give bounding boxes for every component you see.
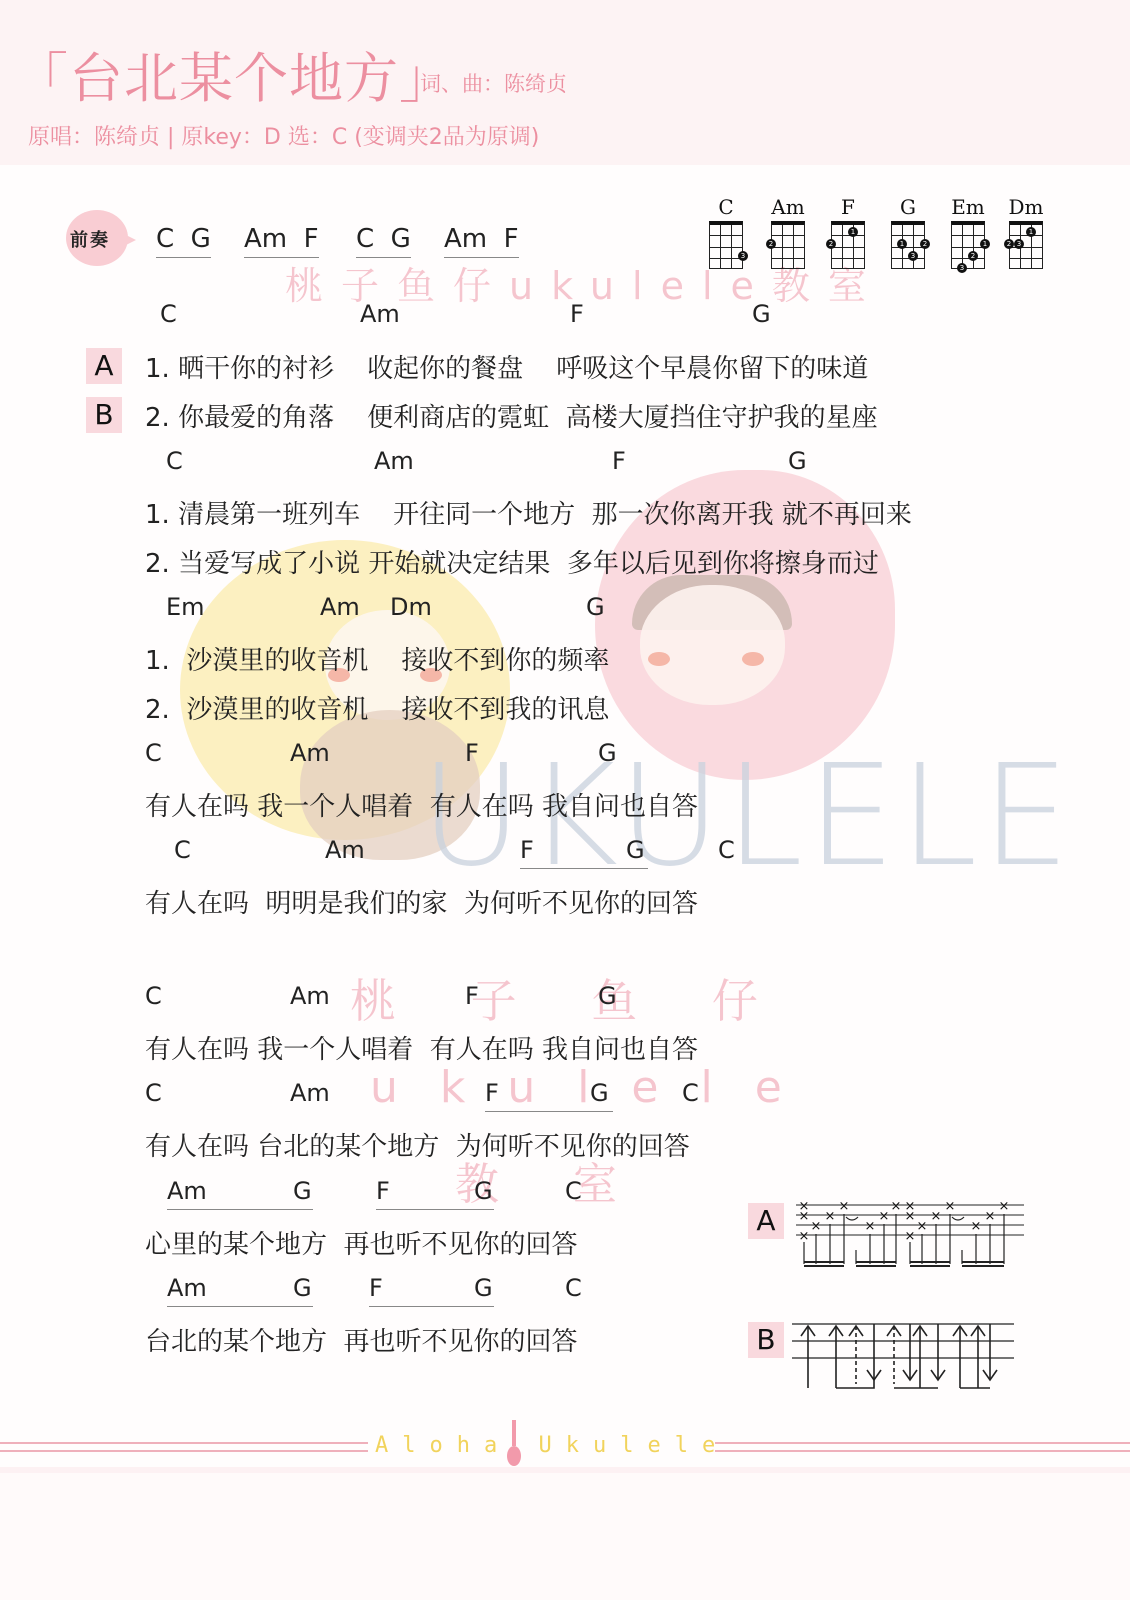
chord-underline: [520, 868, 648, 869]
chorus1-lyric-b: 有人在吗 明明是我们的家 为何听不见你的回答: [145, 883, 698, 920]
chord-diagram-g: G 123: [887, 195, 929, 269]
chord-underline: [167, 1209, 313, 1210]
chorus2-lyric-a: 有人在吗 我一个人唱着 有人在吗 我自问也自答: [145, 1029, 698, 1066]
fingerpicking-pattern-icon: ××× ××× ××× ××× ××× ×××: [796, 1196, 1026, 1276]
chord-label: F: [465, 739, 479, 767]
chord-label: Am: [360, 300, 400, 328]
verse1-chords: C Am F G: [0, 300, 1130, 330]
song-title: 「台北某个地方」: [14, 36, 454, 113]
chorus2-chords-a: C Am F G: [0, 982, 1130, 1012]
strum-tag-a: A: [748, 1203, 784, 1239]
svg-text:×: ×: [905, 1229, 916, 1244]
chorus1-chords-a: C Am F G: [0, 739, 1130, 769]
chorus1-chords-b: C Am F G C: [0, 836, 1130, 866]
chord-label: C: [174, 836, 191, 864]
chord-label: Am: [167, 1177, 207, 1205]
chord-label: F: [376, 1177, 390, 1205]
chord-diagram-em: Em 123: [947, 195, 989, 269]
footer-divider: [715, 1442, 1130, 1444]
intro-chord-group: Am F: [244, 224, 319, 258]
verse3-chords: Em Am Dm G: [0, 593, 1130, 623]
chord-label: G: [598, 739, 617, 767]
chorus2-lyric-d: 台北的某个地方 再也听不见你的回答: [145, 1321, 578, 1358]
svg-text:×: ×: [971, 1219, 982, 1234]
chord-label: Dm: [390, 593, 432, 621]
chord-label: G: [293, 1177, 312, 1205]
chord-label: G: [788, 447, 807, 475]
chord-label: Am: [374, 447, 414, 475]
chorus2-lyric-c: 心里的某个地方 再也听不见你的回答: [145, 1224, 578, 1261]
chord-diagrams: C 3 Am 2 F 12 G 123 Em 123 Dm 123: [705, 195, 1050, 280]
svg-text:×: ×: [985, 1209, 996, 1224]
strum-tag-b: B: [748, 1322, 784, 1358]
chord-label: C: [145, 982, 162, 1010]
chord-label: G: [474, 1177, 493, 1205]
song-credits: 词、曲：陈绮贞: [420, 68, 567, 98]
header: 「台北某个地方」 词、曲：陈绮贞 原唱：陈绮贞 | 原key：D 选：C (变调…: [0, 0, 1130, 165]
intro-chord-group: C G: [156, 224, 211, 258]
chord-label: Am: [167, 1274, 207, 1302]
verse2-chords: C Am F G: [0, 447, 1130, 477]
svg-text:×: ×: [799, 1209, 810, 1224]
chorus1-lyric-a: 有人在吗 我一个人唱着 有人在吗 我自问也自答: [145, 786, 698, 823]
svg-text:×: ×: [811, 1219, 822, 1234]
chord-diagram-c: C 3: [705, 195, 747, 269]
chorus2-chords-b: C Am F G C: [0, 1079, 1130, 1109]
chorus2-chords-d: Am G F G C: [0, 1274, 1130, 1304]
chord-label: G: [474, 1274, 493, 1302]
footer-divider: [715, 1450, 1130, 1452]
chord-name: C: [705, 195, 747, 219]
chord-label: F: [485, 1079, 499, 1107]
svg-text:×: ×: [799, 1229, 810, 1244]
chord-label: G: [293, 1274, 312, 1302]
chord-label: G: [626, 836, 645, 864]
song-meta: 原唱：陈绮贞 | 原key：D 选：C (变调夹2品为原调): [28, 120, 539, 151]
intro-label: 前奏: [70, 226, 110, 252]
chord-label: C: [160, 300, 177, 328]
svg-text:×: ×: [999, 1199, 1010, 1214]
footer-brand: Aloha Ukulele: [375, 1433, 729, 1458]
chord-label: G: [598, 982, 617, 1010]
svg-text:×: ×: [825, 1209, 836, 1224]
chorus2-lyric-b: 有人在吗 台北的某个地方 为何听不见你的回答: [145, 1126, 690, 1163]
verse3-lyric-1: 1. 沙漠里的收音机 接收不到你的频率: [145, 640, 609, 677]
svg-text:×: ×: [891, 1199, 902, 1214]
svg-text:×: ×: [917, 1219, 928, 1234]
chord-diagram-am: Am 2: [767, 195, 809, 269]
verse1-lyric-1: 1. 晒干你的衬衫 收起你的餐盘 呼吸这个早晨你留下的味道: [145, 348, 868, 385]
chord-label: C: [682, 1079, 699, 1107]
verse1-lyric-2: 2. 你最爱的角落 便利商店的霓虹 高楼大厦挡住守护我的星座: [145, 397, 878, 434]
svg-text:×: ×: [839, 1199, 850, 1214]
chord-label: C: [145, 739, 162, 767]
chord-label: Em: [166, 593, 205, 621]
chord-label: F: [520, 836, 534, 864]
cheek-icon: [742, 652, 764, 666]
strumming-pattern-icon: [792, 1320, 1022, 1395]
chord-underline: [167, 1306, 313, 1307]
svg-text:×: ×: [865, 1219, 876, 1234]
chord-label: C: [718, 836, 735, 864]
verse2-lyric-2: 2. 当爱写成了小说 开始就决定结果 多年以后见到你将擦身而过: [145, 543, 879, 580]
footer-divider: [0, 1442, 368, 1444]
chord-name: Dm: [1005, 195, 1047, 219]
chord-label: Am: [290, 982, 330, 1010]
chord-name: Em: [947, 195, 989, 219]
chord-label: F: [465, 982, 479, 1010]
cheek-icon: [648, 652, 670, 666]
section-tag-a: A: [86, 348, 122, 384]
verse2-lyric-1: 1. 清晨第一班列车 开往同一个地方 那一次你离开我 就不再回来: [145, 494, 912, 531]
chord-name: G: [887, 195, 929, 219]
chord-label: Am: [320, 593, 360, 621]
footer-band: [0, 1467, 1130, 1600]
chord-label: Am: [290, 739, 330, 767]
chord-name: F: [827, 195, 869, 219]
chord-underline: [485, 1111, 613, 1112]
chord-underline: [369, 1306, 494, 1307]
verse3-lyric-2: 2. 沙漠里的收音机 接收不到我的讯息: [145, 689, 609, 726]
svg-text:×: ×: [945, 1199, 956, 1214]
chord-label: C: [166, 447, 183, 475]
footer-divider: [0, 1450, 368, 1452]
intro-chord-group: Am F: [444, 224, 519, 258]
chord-label: G: [590, 1079, 609, 1107]
chord-label: Am: [325, 836, 365, 864]
chord-label: G: [586, 593, 605, 621]
chord-diagram-f: F 12: [827, 195, 869, 269]
svg-text:×: ×: [879, 1209, 890, 1224]
chord-label: Am: [290, 1079, 330, 1107]
chord-label: C: [565, 1274, 582, 1302]
chord-underline: [376, 1209, 494, 1210]
chord-name: Am: [767, 195, 809, 219]
chord-label: C: [565, 1177, 582, 1205]
chord-label: F: [369, 1274, 383, 1302]
chord-label: G: [752, 300, 771, 328]
section-tag-b: B: [86, 397, 122, 433]
svg-text:×: ×: [905, 1209, 916, 1224]
svg-text:×: ×: [931, 1209, 942, 1224]
chord-label: C: [145, 1079, 162, 1107]
ukulele-icon: [505, 1420, 523, 1468]
chord-diagram-dm: Dm 123: [1005, 195, 1047, 269]
intro-chord-group: C G: [356, 224, 411, 258]
chord-label: F: [612, 447, 626, 475]
chord-label: F: [570, 300, 584, 328]
